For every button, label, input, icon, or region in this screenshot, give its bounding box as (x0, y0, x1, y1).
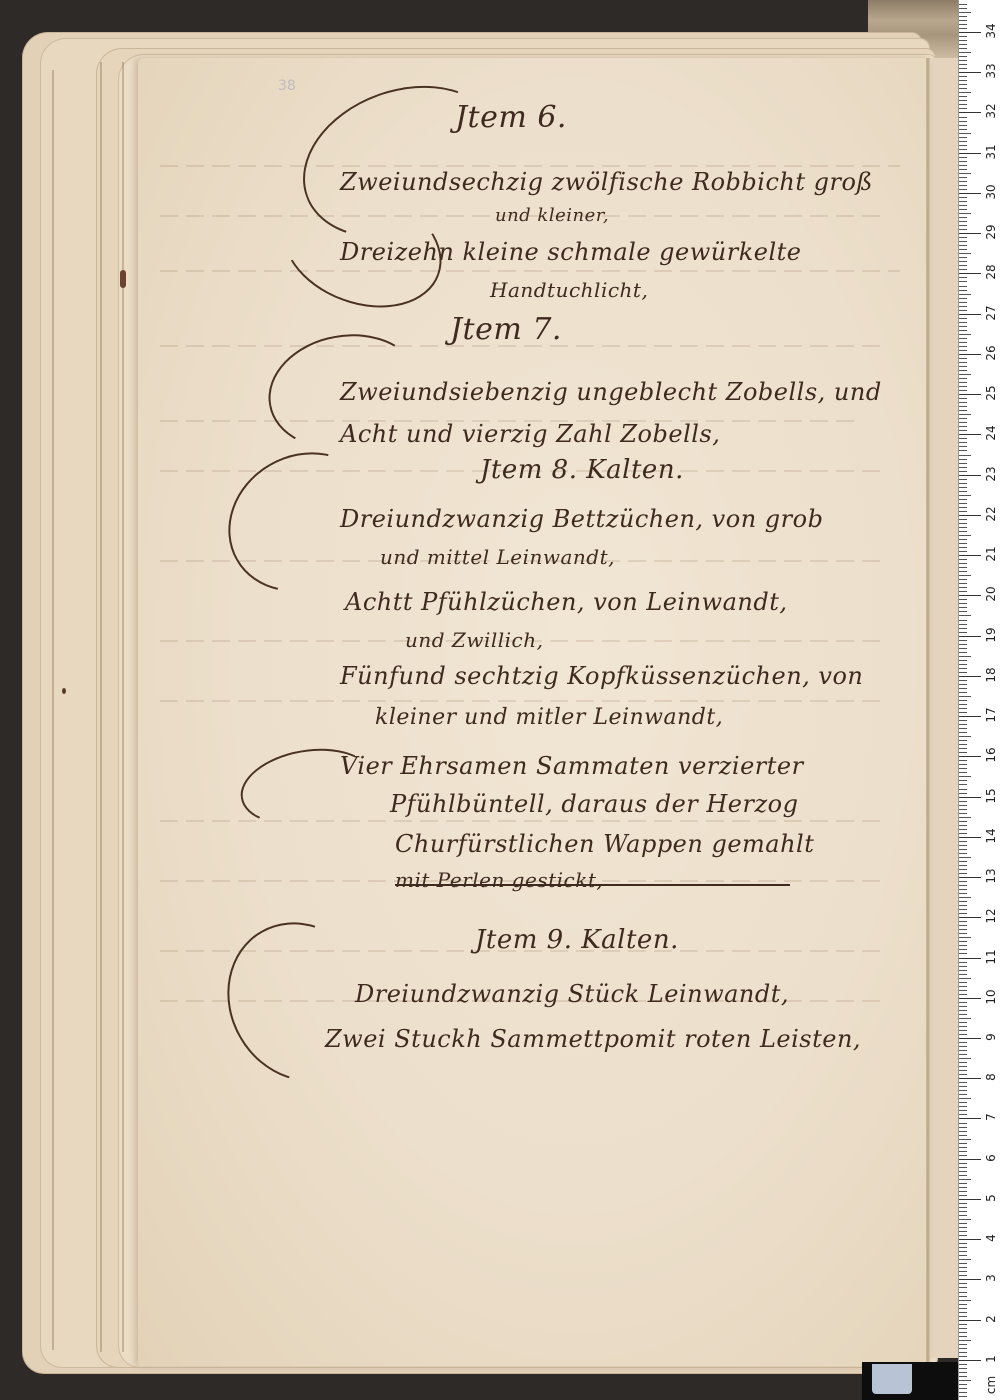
ruler-tick (959, 1026, 967, 1027)
ruler-tick (959, 418, 967, 419)
ruler-tick (959, 865, 967, 866)
ruler-tick (959, 463, 967, 464)
ruler-tick (959, 728, 967, 729)
ruler-tick (959, 531, 967, 532)
ruler-tick (959, 1070, 967, 1071)
ruler-tick (959, 704, 967, 705)
ruler-tick (959, 193, 981, 194)
ruler-cm-label: 24 (984, 423, 998, 443)
ruler-tick (959, 1251, 967, 1252)
ruler-tick (959, 776, 971, 777)
ruler-tick (959, 563, 967, 564)
ruler-tick (959, 756, 981, 757)
ruler-tick (959, 197, 967, 198)
ruler-tick (959, 1034, 967, 1035)
ruler-tick (959, 970, 967, 971)
ruler-tick (959, 945, 967, 946)
ruler-tick (959, 44, 967, 45)
ruler-cm-label: 4 (984, 1228, 998, 1248)
ruler-tick (959, 953, 967, 954)
ruler-tick (959, 438, 967, 439)
ruler-tick (959, 459, 967, 460)
ruler-cm-label: 8 (984, 1067, 998, 1087)
ruler-tick (959, 772, 967, 773)
ruler-tick (959, 322, 967, 323)
ruler-tick (959, 551, 967, 552)
ruler-tick (959, 768, 967, 769)
ruler-tick (959, 499, 967, 500)
ruler-cm-label: 30 (984, 182, 998, 202)
ruler-tick (959, 1127, 967, 1128)
ruler-tick (959, 310, 967, 311)
ruler-tick (959, 306, 967, 307)
ruler-tick (959, 173, 971, 174)
ruler-tick (959, 680, 967, 681)
manuscript-line: Acht und vierzig Zahl Zobells, (340, 420, 720, 448)
ruler-tick (959, 1320, 981, 1321)
ruler-tick (959, 990, 967, 991)
ruler-tick (959, 269, 967, 270)
ruler-tick (959, 780, 967, 781)
ruler-tick (959, 624, 967, 625)
ruler-tick (959, 869, 967, 870)
ruler-tick (959, 913, 967, 914)
ruler-tick (959, 732, 967, 733)
ruler-cm-label: 22 (984, 504, 998, 524)
manuscript-line: Fünfund sechtzig Kopfküssenzüchen, von (340, 662, 863, 690)
ruler-tick (959, 24, 967, 25)
ruler-tick (959, 229, 967, 230)
ruler-tick (959, 52, 971, 53)
ruler-tick (959, 595, 981, 596)
ruler-tick (959, 1380, 971, 1381)
ruler-tick (959, 96, 967, 97)
ruler-cm-label: 9 (984, 1027, 998, 1047)
ruler-tick (959, 547, 967, 548)
ruler-tick (959, 430, 967, 431)
ruler-tick (959, 1207, 967, 1208)
ruler-tick (959, 100, 967, 101)
ruler-tick (959, 1340, 971, 1341)
manuscript-line: Zweiundsechzig zwölfische Robbicht groß (340, 168, 873, 196)
ruler-tick (959, 410, 967, 411)
scale-ruler: cm 3433323130292827262524232221201918171… (958, 0, 1000, 1400)
ruler-tick (959, 217, 967, 218)
ruler-tick (959, 1287, 967, 1288)
ruler-cm-label: 21 (984, 544, 998, 564)
ruler-cm-label: 16 (984, 745, 998, 765)
ruler-tick (959, 1376, 967, 1377)
ruler-tick (959, 929, 967, 930)
ruler-tick (959, 390, 967, 391)
manuscript-line: kleiner und mitler Leinwandt, (375, 705, 723, 730)
ruler-tick (959, 700, 967, 701)
ruler-cm-label: 12 (984, 906, 998, 926)
ruler-tick (959, 112, 981, 113)
ruler-tick (959, 1078, 981, 1079)
ruler-tick (959, 511, 967, 512)
ruler-tick (959, 712, 967, 713)
ruler-tick (959, 153, 981, 154)
ruler-tick (959, 80, 967, 81)
ruler-tick (959, 201, 967, 202)
ruler-tick (959, 676, 981, 677)
ink-dot (62, 688, 66, 694)
ruler-tick (959, 692, 967, 693)
ruler-tick (959, 853, 967, 854)
ruler-tick (959, 998, 981, 999)
ruler-tick (959, 668, 967, 669)
ruler-cm-label: 27 (984, 303, 998, 323)
ruler-cm-label: 18 (984, 665, 998, 685)
ruler-tick (959, 656, 971, 657)
ruler-tick (959, 1243, 967, 1244)
ruler-tick (959, 406, 967, 407)
ruler-tick (959, 249, 967, 250)
ruler-tick (959, 181, 967, 182)
manuscript-line: Handtuchlicht, (490, 278, 648, 302)
ruler-tick (959, 273, 981, 274)
ruler-tick (959, 877, 981, 878)
ruler-tick (959, 1179, 971, 1180)
ruler-tick (959, 813, 967, 814)
ruler-tick (959, 1384, 967, 1385)
ruler-tick (959, 905, 967, 906)
ruler-tick (959, 225, 967, 226)
ruler-tick (959, 253, 971, 254)
ruler-tick (959, 398, 967, 399)
ruler-tick (959, 752, 967, 753)
ruler-tick (959, 32, 981, 33)
ruler-tick (959, 909, 967, 910)
ruler-tick (959, 1199, 981, 1200)
ruler-tick (959, 901, 967, 902)
ruler-cm-label: 15 (984, 786, 998, 806)
ruler-tick (959, 446, 967, 447)
ruler-tick (959, 265, 967, 266)
ruler-tick (959, 302, 967, 303)
ruler-tick (959, 539, 967, 540)
ruler-tick (959, 628, 967, 629)
ruler-tick (959, 1106, 967, 1107)
ruler-tick (959, 4, 967, 5)
ruler-tick (959, 1344, 967, 1345)
ruler-tick (959, 503, 967, 504)
ruler-tick (959, 1102, 967, 1103)
ruler-tick (959, 1046, 967, 1047)
ruler-tick (959, 599, 967, 600)
ruler-tick (959, 1292, 967, 1293)
ruler-tick (959, 245, 967, 246)
ruler-tick (959, 221, 967, 222)
ruler-cm-label: 19 (984, 625, 998, 645)
ruler-tick (959, 684, 967, 685)
manuscript-line-struck: mit Perlen gestickt, (395, 868, 603, 892)
ruler-cm-label: 31 (984, 142, 998, 162)
ruler-tick (959, 567, 967, 568)
ruler-tick (959, 1352, 967, 1353)
ruler-tick (959, 1155, 967, 1156)
ruler-tick (959, 189, 967, 190)
ruler-tick (959, 125, 967, 126)
entry-heading: Jtem 7. (450, 312, 562, 347)
ruler-tick (959, 1147, 967, 1148)
ruler-cm-label: 6 (984, 1148, 998, 1168)
ruler-tick (959, 784, 967, 785)
manuscript-line: Dreizehn kleine schmale gewürkelte (340, 238, 801, 266)
ruler-tick (959, 1211, 967, 1212)
ink-stain (120, 270, 126, 288)
ruler-tick (959, 966, 967, 967)
ruler-tick (959, 748, 967, 749)
manuscript-line: Achtt Pfühlzüchen, von Leinwandt, (345, 588, 788, 616)
ruler-tick (959, 579, 967, 580)
ruler-tick (959, 648, 967, 649)
ruler-tick (959, 849, 967, 850)
ruler-unit-label: cm (984, 1375, 998, 1395)
manuscript-line: und mittel Leinwandt, (380, 545, 615, 569)
ruler-tick (959, 1215, 967, 1216)
ruler-tick (959, 1227, 967, 1228)
ruler-cm-label: 14 (984, 826, 998, 846)
ruler-cm-label: 25 (984, 383, 998, 403)
ruler-cm-label: 1 (984, 1349, 998, 1369)
ruler-tick (959, 708, 967, 709)
manuscript-line: Dreiundzwanzig Bettzüchen, von grob (340, 505, 823, 533)
ruler-tick (959, 1010, 967, 1011)
ruler-tick (959, 1356, 967, 1357)
ruler-tick (959, 644, 967, 645)
ruler-tick (959, 1022, 967, 1023)
ruler-tick (959, 233, 981, 234)
ruler-tick (959, 611, 967, 612)
ruler-tick (959, 1090, 967, 1091)
ruler-tick (959, 137, 967, 138)
ruler-cm-label: 11 (984, 947, 998, 967)
ruler-tick (959, 974, 967, 975)
ruler-tick (959, 1372, 967, 1373)
ruler-tick (959, 426, 967, 427)
ruler-tick (959, 672, 967, 673)
ruler-cm-label: 28 (984, 262, 998, 282)
ruler-tick (959, 760, 967, 761)
ruler-tick (959, 213, 971, 214)
ruler-tick (959, 1304, 967, 1305)
ruler-tick (959, 978, 971, 979)
entry-heading: Jtem 8. Kalten. (480, 455, 684, 485)
ruler-tick (959, 257, 967, 258)
ruler-tick (959, 986, 967, 987)
ruler-tick (959, 889, 967, 890)
folio-number: 38 (278, 78, 296, 94)
ruler-tick (959, 1167, 967, 1168)
ruler-tick (959, 326, 967, 327)
ruler-tick (959, 209, 967, 210)
ruler-tick (959, 133, 971, 134)
ruler-tick (959, 744, 967, 745)
ruler-tick (959, 885, 967, 886)
ruler-tick (959, 68, 967, 69)
ruler-tick (959, 603, 967, 604)
ruler-tick (959, 1388, 967, 1389)
ruler-tick (959, 1030, 967, 1031)
ruler-tick (959, 177, 967, 178)
ruler-tick (959, 487, 967, 488)
ruler-tick (959, 92, 971, 93)
ruler-tick (959, 205, 967, 206)
ruler-tick (959, 1062, 967, 1063)
ruler-tick (959, 688, 967, 689)
ruler-tick (959, 917, 981, 918)
ruler-tick (959, 519, 967, 520)
ruler-tick (959, 1328, 967, 1329)
ruler-tick (959, 1316, 967, 1317)
ruler-tick (959, 12, 971, 13)
ruler-tick (959, 1368, 967, 1369)
ruler-tick (959, 1098, 971, 1099)
ruler-tick (959, 575, 971, 576)
ruler-tick (959, 949, 967, 950)
ruler-tick (959, 1143, 967, 1144)
ruler-tick (959, 1235, 967, 1236)
ruler-tick (959, 789, 967, 790)
ruler-tick (959, 801, 967, 802)
ruler-tick (959, 84, 967, 85)
ruler-tick (959, 1255, 967, 1256)
ruler-cm-label: 13 (984, 866, 998, 886)
ruler-tick (959, 793, 967, 794)
ruler-tick (959, 422, 967, 423)
ruler-tick (959, 664, 967, 665)
ruler-tick (959, 48, 967, 49)
ruler-tick (959, 471, 967, 472)
ruler-tick (959, 825, 967, 826)
ruler-tick (959, 636, 981, 637)
ruler-tick (959, 1066, 967, 1067)
ruler-tick (959, 434, 981, 435)
ruler-tick (959, 1203, 967, 1204)
entry-heading: Jtem 9. Kalten. (475, 925, 679, 955)
ruler-tick (959, 1312, 967, 1313)
ruler-cm-label: 34 (984, 21, 998, 41)
ruler-tick (959, 475, 981, 476)
ruler-tick (959, 1396, 967, 1397)
ruler-tick (959, 169, 967, 170)
ruler-cm-label: 17 (984, 705, 998, 725)
ruler-tick (959, 1110, 967, 1111)
ruler-tick (959, 378, 967, 379)
ruler-tick (959, 1082, 967, 1083)
ruler-tick (959, 1054, 967, 1055)
ruler-tick (959, 925, 967, 926)
ruler-tick (959, 36, 967, 37)
ruler-cm-label: 20 (984, 584, 998, 604)
ruler-tick (959, 1195, 967, 1196)
ruler-tick (959, 314, 981, 315)
ruler-tick (959, 958, 981, 959)
ruler-tick (959, 1042, 967, 1043)
ruler-tick (959, 1247, 967, 1248)
ruler-tick (959, 281, 967, 282)
ruler-tick (959, 1239, 981, 1240)
ruler-tick (959, 442, 967, 443)
ruler-tick (959, 1159, 981, 1160)
ruler-tick (959, 1123, 967, 1124)
ruler-tick (959, 1360, 981, 1361)
ruler-tick (959, 455, 971, 456)
ruler-tick (959, 607, 967, 608)
ruler-tick (959, 873, 967, 874)
ruler-tick (959, 290, 967, 291)
entry-heading: Jtem 6. (455, 100, 567, 135)
ruler-tick (959, 56, 967, 57)
ruler-tick (959, 145, 967, 146)
ruler-tick (959, 1163, 967, 1164)
adjacent-sheet (930, 58, 958, 1358)
ruler-tick (959, 821, 967, 822)
ruler-tick (959, 893, 967, 894)
ruler-tick (959, 543, 967, 544)
ruler-tick (959, 20, 967, 21)
ruler-cm-label: 7 (984, 1107, 998, 1127)
manuscript-line: Vier Ehrsamen Sammaten verzierter (340, 752, 804, 780)
ruler-cm-label: 3 (984, 1268, 998, 1288)
ruler-tick (959, 129, 967, 130)
ruler-tick (959, 1114, 967, 1115)
manuscript-line: Zwei Stuckh Sammettpomit roten Leisten, (325, 1025, 861, 1053)
ruler-tick (959, 740, 967, 741)
ruler-tick (959, 881, 967, 882)
page-edge-line (122, 62, 124, 1352)
ruler-tick (959, 298, 967, 299)
ruler-tick (959, 1324, 967, 1325)
ruler-tick (959, 330, 967, 331)
ruler-tick (959, 108, 967, 109)
ruler-tick (959, 1094, 967, 1095)
ruler-tick (959, 76, 967, 77)
ruler-tick (959, 620, 967, 621)
ruler-tick (959, 483, 967, 484)
ruler-tick (959, 104, 967, 105)
ruler-tick (959, 933, 967, 934)
ruler-cm-label: 23 (984, 464, 998, 484)
ruler-tick (959, 382, 967, 383)
ruler-tick (959, 1300, 971, 1301)
ruler-cm-label: 10 (984, 987, 998, 1007)
ruler-tick (959, 8, 967, 9)
ruler-tick (959, 1118, 981, 1119)
manuscript-line: Dreiundzwanzig Stück Leinwandt, (355, 980, 789, 1008)
ruler-tick (959, 402, 967, 403)
ruler-tick (959, 374, 971, 375)
ruler-tick (959, 640, 967, 641)
ruler-tick (959, 342, 967, 343)
ruler-tick (959, 237, 967, 238)
ruler-tick (959, 716, 981, 717)
ruler-tick (959, 652, 967, 653)
bleed-through-line (160, 270, 900, 272)
ruler-tick (959, 286, 967, 287)
ruler-tick (959, 185, 967, 186)
ruler-tick (959, 161, 967, 162)
page-fold (926, 58, 930, 1366)
ruler-tick (959, 394, 981, 395)
ruler-tick (959, 921, 967, 922)
ruler-tick (959, 346, 967, 347)
ruler-tick (959, 857, 971, 858)
manuscript-line: Churfürstlichen Wappen gemahlt (395, 830, 814, 858)
ruler-tick (959, 527, 967, 528)
